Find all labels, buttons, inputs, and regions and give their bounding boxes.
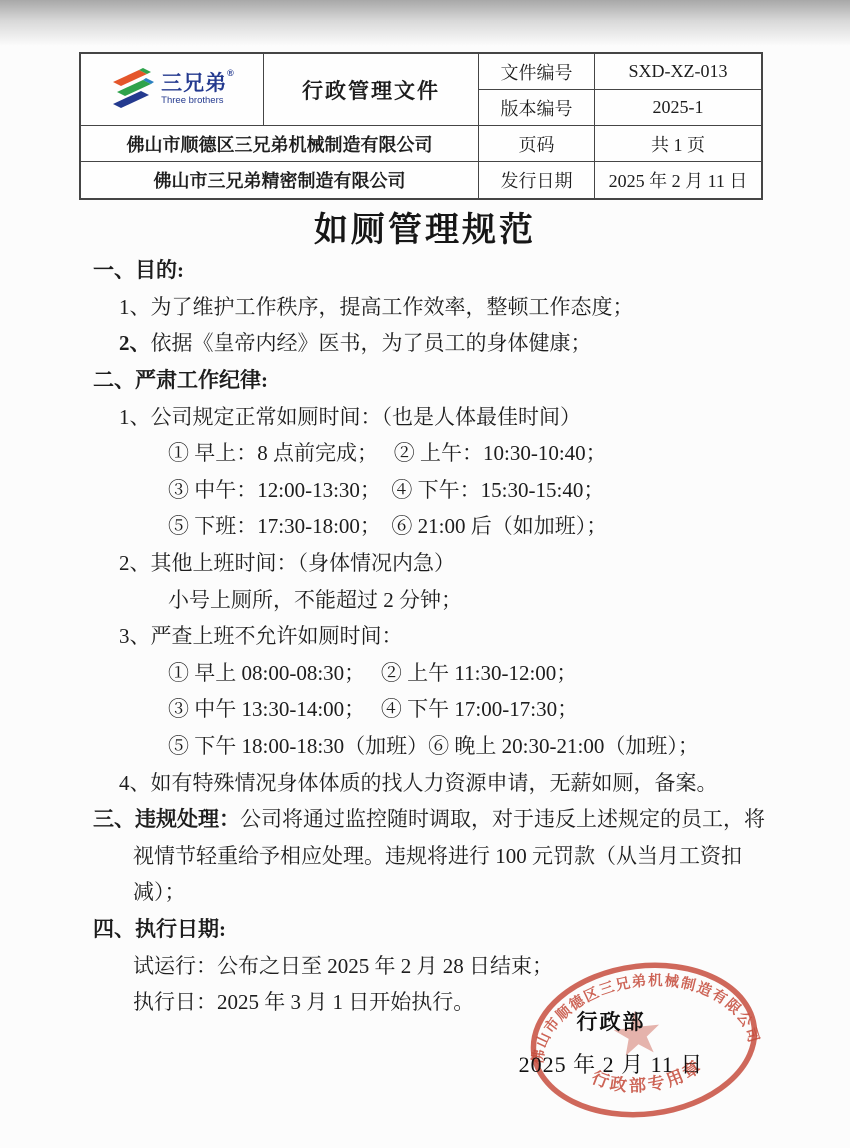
field-label-page: 页码 <box>479 126 595 162</box>
body-line: 3、严查上班不允许如厕时间： <box>0 617 850 654</box>
body-line: ⑤ 下午 18:00-18:30（加班）⑥ 晚上 20:30-21:00（加班）… <box>0 727 850 764</box>
field-value-version: 2025-1 <box>595 90 761 126</box>
body-line: ③ 中午：12:00-13:30； ④ 下午：15:30-15:40； <box>0 471 850 508</box>
registered-trademark-icon: ® <box>227 68 235 78</box>
body-line: 小号上厕所，不能超过 2 分钟； <box>0 580 850 617</box>
header-table: 三兄弟® Three brothers 行政管理文件 文件编号 SXD-XZ-0… <box>79 52 763 200</box>
document-title: 如厕管理规范 <box>0 202 850 251</box>
signature-block: 行政部 2025 年 2 月 11 日 <box>505 1006 717 1079</box>
field-label-issue-date: 发行日期 <box>479 162 595 198</box>
company-name-2: 佛山市三兄弟精密制造有限公司 <box>81 162 479 198</box>
body-line: 三、违规处理：公司将通过监控随时调取，对于违反上述规定的员工，将 <box>0 800 850 837</box>
brand-name: 三兄弟® <box>161 73 235 94</box>
doc-type-title: 行政管理文件 <box>264 54 479 126</box>
body-line: ③ 中午 13:30-14:00； ④ 下午 17:00-17:30； <box>0 690 850 727</box>
body-line: ⑤ 下班：17:30-18:00； ⑥ 21:00 后（如加班）； <box>0 507 850 544</box>
document-page: 三兄弟® Three brothers 行政管理文件 文件编号 SXD-XZ-0… <box>0 0 850 1148</box>
document-body: 一、目的:1、为了维护工作秩序，提高工作效率，整顿工作态度；2、依据《皇帝内经》… <box>0 251 850 1019</box>
field-value-doc-number: SXD-XZ-013 <box>595 54 761 90</box>
field-label-doc-number: 文件编号 <box>479 54 595 90</box>
body-line: 1、公司规定正常如厕时间：（也是人体最佳时间） <box>0 397 850 434</box>
body-line: ① 早上：8 点前完成； ② 上午：10:30-10:40； <box>0 434 850 471</box>
signature-department: 行政部 <box>505 1006 717 1036</box>
body-line: 减）； <box>0 873 850 910</box>
field-value-page: 共 1 页 <box>595 126 761 162</box>
body-line: 视情节轻重给予相应处理。违规将进行 100 元罚款（从当月工资扣 <box>0 837 850 874</box>
body-line: 一、目的: <box>0 251 850 288</box>
three-brothers-logo-icon <box>109 65 155 114</box>
logo-cell: 三兄弟® Three brothers <box>81 54 264 126</box>
body-line: ① 早上 08:00-08:30； ② 上午 11:30-12:00； <box>0 654 850 691</box>
body-line: 4、如有特殊情况身体体质的找人力资源申请，无薪如厕，备案。 <box>0 763 850 800</box>
signature-date: 2025 年 2 月 11 日 <box>505 1048 717 1079</box>
field-value-issue-date: 2025 年 2 月 11 日 <box>595 162 761 198</box>
photo-top-shadow <box>0 0 850 46</box>
brand-name-english: Three brothers <box>161 96 235 106</box>
body-line: 四、执行日期: <box>0 910 850 947</box>
body-line: 2、其他上班时间：（身体情况内急） <box>0 544 850 581</box>
body-line: 2、依据《皇帝内经》医书，为了员工的身体健康； <box>0 324 850 361</box>
body-line: 1、为了维护工作秩序，提高工作效率，整顿工作态度； <box>0 288 850 325</box>
company-name-1: 佛山市顺德区三兄弟机械制造有限公司 <box>81 126 479 162</box>
field-label-version: 版本编号 <box>479 90 595 126</box>
body-line: 二、严肃工作纪律: <box>0 361 850 398</box>
